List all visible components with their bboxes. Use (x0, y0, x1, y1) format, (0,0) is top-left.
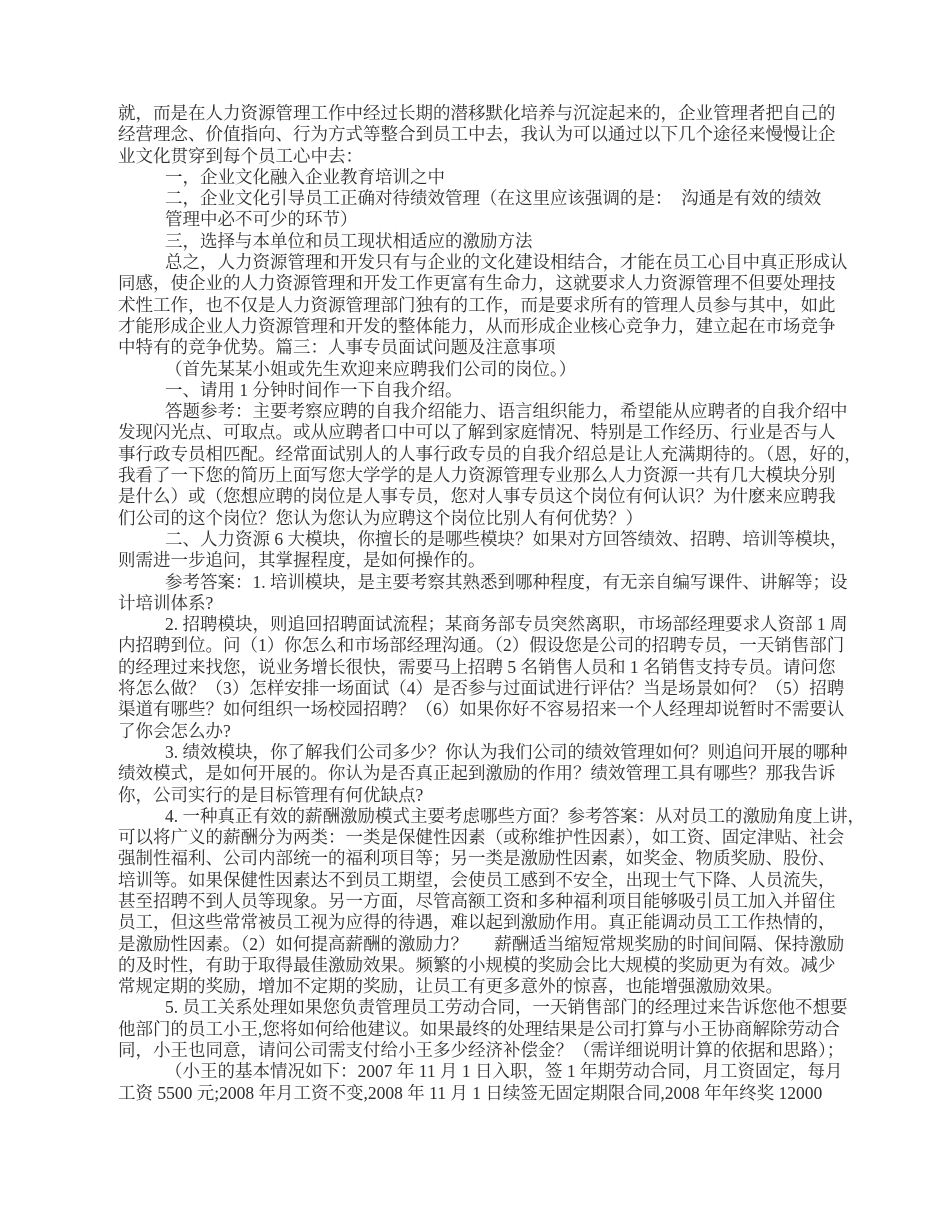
text-line: 同，小王也同意，请问公司需支付给小王多少经济补偿金？（需详细说明计算的依据和思路… (118, 1040, 844, 1061)
text-line: 你，公司实行的是目标管理有何优缺点? (118, 785, 844, 806)
text-line: 了你会怎么办? (118, 721, 844, 742)
text-line: 将怎么做？（3）怎样安排一场面试（4）是否参与过面试进行评估？当是场景如何？（5… (118, 678, 844, 699)
text-line: 就，而是在人力资源管理工作中经过长期的潜移默化培养与沉淀起来的，企业管理者把自己… (118, 103, 844, 124)
text-line: （首先某某小姐或先生欢迎来应聘我们公司的岗位。） (118, 359, 844, 380)
text-line: 5. 员工关系处理如果您负责管理员工劳动合同，一天销售部门的经理过来告诉您他不想… (118, 997, 844, 1018)
text-line: 强制性福利、公司内部统一的福利项目等；另一类是激励性因素，如奖金、物质奖励、股份… (118, 848, 844, 869)
text-line: 才能形成企业人力资源管理和开发的整体能力，从而形成企业核心竞争力，建立起在市场竞… (118, 316, 844, 337)
text-line: 他部门的员工小王,您将如何给他建议。如果最终的处理结果是公司打算与小王协商解除劳… (118, 1019, 844, 1040)
text-line: 常规定期的奖励，增加不定期的奖励，让员工有更多意外的惊喜，也能增强激励效果。 (118, 976, 844, 997)
text-line: 事行政专员相匹配。经常面试别人的人事行政专员的自我介绍总是让人充满期待的。（恩，… (118, 444, 844, 465)
text-line: 是什么）或（您想应聘的岗位是人事专员，您对人事专员这个岗位有何认识？为什麽来应聘… (118, 486, 844, 507)
text-line: 是激励性因素。（2）如何提高薪酬的激励力？ 薪酬适当缩短常规奖励的时间间隔、保持… (118, 934, 844, 955)
text-line: 业文化贯穿到每个员工心中去： (118, 146, 844, 167)
text-line: 参考答案：1. 培训模块，是主要考察其熟悉到哪种程度，有无亲自编写课件、讲解等；… (118, 572, 844, 593)
text-line: 绩效模式，是如何开展的。你认为是否真正起到激励的作用？绩效管理工具有哪些？那我告… (118, 763, 844, 784)
text-line: 2. 招聘模块，则追回招聘面试流程；某商务部专员突然离职，市场部经理要求人资部 … (118, 614, 844, 635)
text-line: 二、人力资源 6 大模块，你擅长的是哪些模块？如果对方回答绩效、招聘、培训等模块… (118, 529, 844, 550)
text-line: 经营理念、价值指向、行为方式等整合到员工中去，我认为可以通过以下几个途径来慢慢让… (118, 124, 844, 145)
text-line: 的经理过来找您，说业务增长很快，需要马上招聘 5 名销售人员和 1 名销售支持专… (118, 657, 844, 678)
text-line: 工资 5500 元;2008 年月工资不变,2008 年 11 月 1 日续签无… (118, 1083, 844, 1104)
text-line: 甚至招聘不到人员等现象。另一方面，尽管高额工资和多种福利项目能够吸引员工加入并留… (118, 891, 844, 912)
text-line: 培训等。如果保健性因素达不到员工期望，会使员工感到不安全，出现士气下降、人员流失… (118, 870, 844, 891)
text-line: 同感，使企业的人力资源管理和开发工作更富有生命力，这就要求人力资源管理不但要处理… (118, 273, 844, 294)
document-text-block: 就，而是在人力资源管理工作中经过长期的潜移默化培养与沉淀起来的，企业管理者把自己… (118, 103, 844, 1104)
text-line: 答题参考：主要考察应聘的自我介绍能力、语言组织能力，希望能从应聘者的自我介绍中 (118, 401, 844, 422)
text-line: 内招聘到位。问（1）你怎么和市场部经理沟通。（2）假设您是公司的招聘专员，一天销… (118, 635, 844, 656)
text-line: 计培训体系? (118, 593, 844, 614)
text-line: 我看了一下您的简历上面写您大学学的是人力资源管理专业那么人力资源一共有几大模块分… (118, 465, 844, 486)
text-line: 总之，人力资源管理和开发只有与企业的文化建设相结合，才能在员工心目中真正形成认 (118, 252, 844, 273)
text-line: 一，企业文化融入企业教育培训之中 (118, 167, 844, 188)
text-line: 术性工作，也不仅是人力资源管理部门独有的工作，而是要求所有的管理人员参与其中，如… (118, 295, 844, 316)
text-line: 们公司的这个岗位？您认为您认为应聘这个岗位比别人有何优势？） (118, 508, 844, 529)
text-line: 中特有的竞争优势。篇三：人事专员面试问题及注意事项 (118, 337, 844, 358)
text-line: 发现闪光点、可取点。或从应聘者口中可以了解到家庭情况、特别是工作经历、行业是否与… (118, 422, 844, 443)
text-line: 4. 一种真正有效的薪酬激励模式主要考虑哪些方面？参考答案：从对员工的激励角度上… (118, 806, 844, 827)
text-line: 三，选择与本单位和员工现状相适应的激励方法 (118, 231, 844, 252)
document-page: 就，而是在人力资源管理工作中经过长期的潜移默化培养与沉淀起来的，企业管理者把自己… (0, 0, 950, 1229)
text-line: 员工，但这些常常被员工视为应得的待遇，难以起到激励作用。真正能调动员工工作热情的… (118, 912, 844, 933)
text-line: 则需进一步追问，其掌握程度，是如何操作的。 (118, 550, 844, 571)
text-line: （小王的基本情况如下：2007 年 11 月 1 日入职，签 1 年期劳动合同，… (118, 1061, 844, 1082)
text-line: 一、请用 1 分钟时间作一下自我介绍。 (118, 380, 844, 401)
text-line: 渠道有哪些？如何组织一场校园招聘？（6）如果你好不容易招来一个人经理却说暂时不需… (118, 699, 844, 720)
text-line: 3. 绩效模块，你了解我们公司多少？你认为我们公司的绩效管理如何？则追问开展的哪… (118, 742, 844, 763)
text-line: 二，企业文化引导员工正确对待绩效管理（在这里应该强调的是： 沟通是有效的绩效 (118, 188, 844, 209)
text-line: 可以将广义的薪酬分为两类：一类是保健性因素（或称维护性因素），如工资、固定津贴、… (118, 827, 844, 848)
text-line: 管理中必不可少的环节） (118, 209, 844, 230)
text-line: 的及时性，有助于取得最佳激励效果。频繁的小规模的奖励会比大规模的奖励更为有效。减… (118, 955, 844, 976)
